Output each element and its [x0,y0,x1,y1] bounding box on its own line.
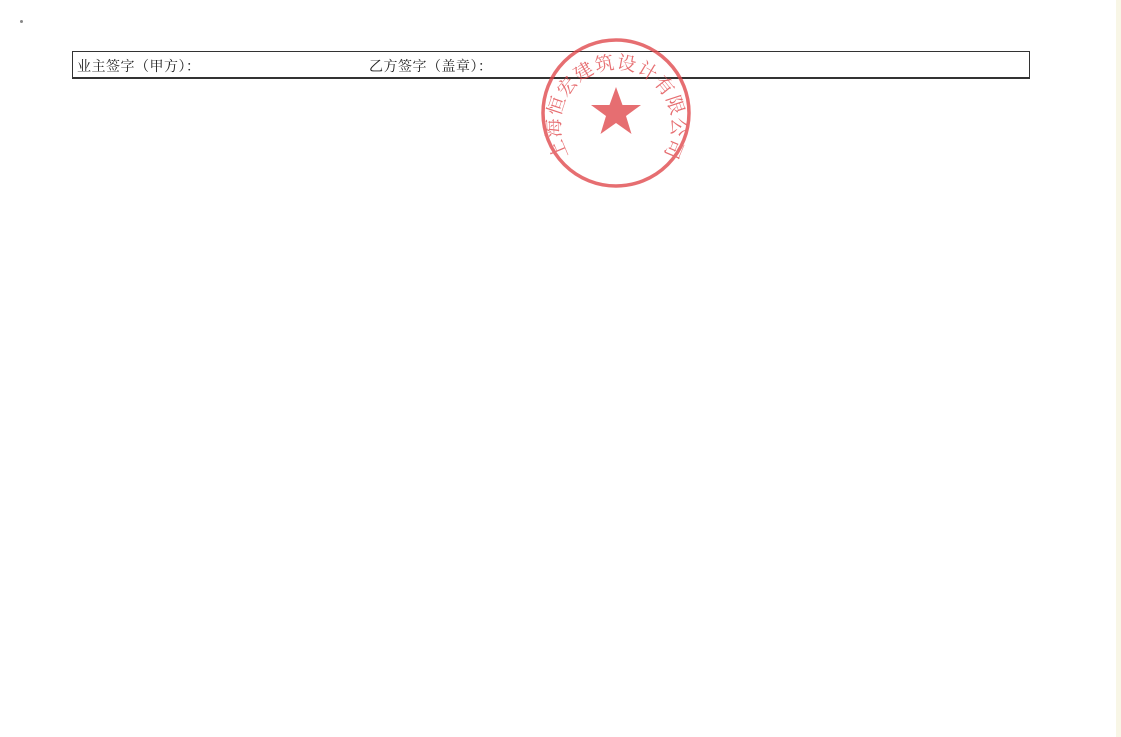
page-edge [1116,0,1121,737]
party-b-signature-label: 乙方签字（盖章）： [369,56,493,76]
company-seal: 上海恒宏建筑设计有限公司 [538,35,694,191]
scan-speck [20,20,23,23]
star-icon [591,87,641,134]
owner-signature-label: 业主签字（甲方）： [77,56,201,76]
